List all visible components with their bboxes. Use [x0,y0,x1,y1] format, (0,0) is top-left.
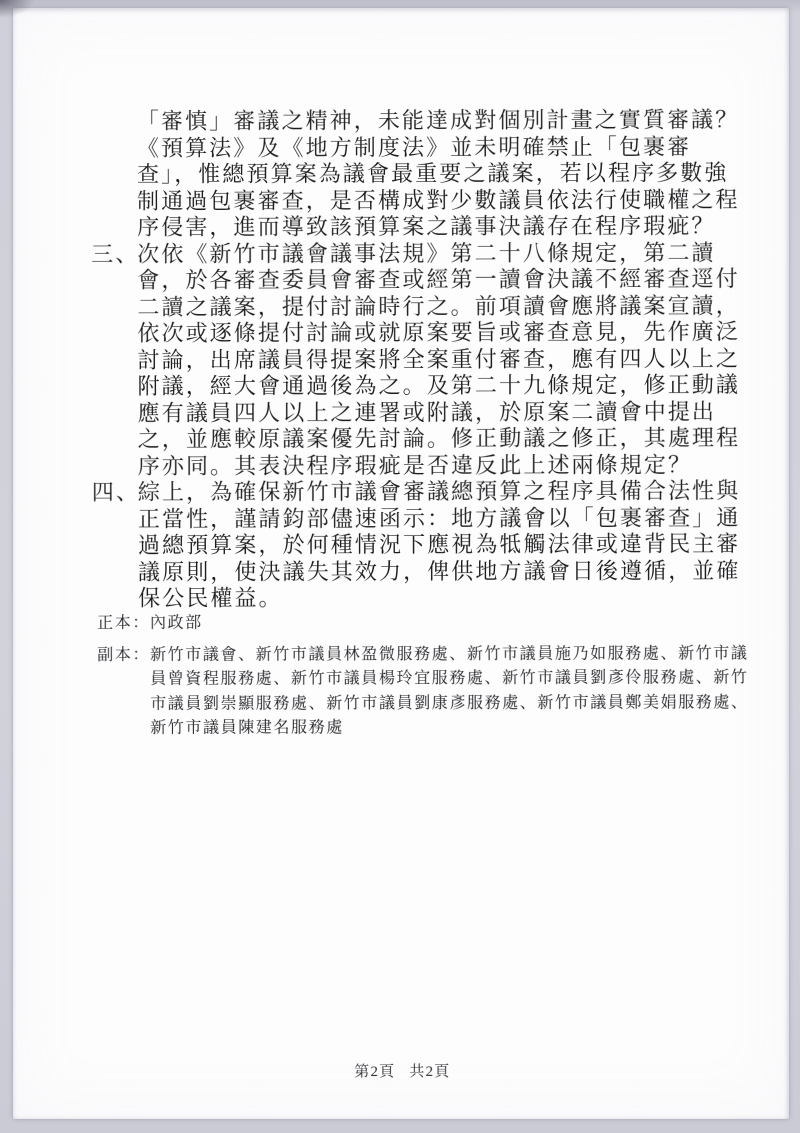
photo-corner-shadow [0,0,34,18]
body-line: 「審慎」審議之精神，未能達成對個別計畫之實質審議？ [137,107,740,135]
copy-line: 新竹市議會、新竹市議員林盈微服務處、新竹市議員施乃如服務處、新竹市議 [150,642,748,668]
body-line: 正當性，謹請鈞部儘速函示：地方議會以「包裹審查」通 [138,505,741,533]
original-recipient-row: 正本： 內政部 [97,610,748,636]
original-recipient-value: 內政部 [150,612,203,637]
body-line: 《預算法》及《地方制度法》並未明確禁止「包裹審 [137,134,740,162]
body-line: 過總預算案，於何種情況下應視為牴觸法律或違背民主審 [138,531,741,559]
body-line: 序侵害，進而導致該預算案之議事決議存在程序瑕疵？ [137,213,740,241]
page-footer: 第2頁共2頁 [14,1059,790,1082]
body-line: 制通過包裹審查，是否構成對少數議員依法行使職權之程 [137,187,740,215]
document-paper: 「審慎」審議之精神，未能達成對個別計畫之實質審議？ 《預算法》及《地方制度法》並… [13,8,789,1119]
copy-line: 新竹市議員陳建名服務處 [150,715,748,741]
body-line: 依次或逐條提付討論或就原案要旨或審查意見，先作廣泛 [137,319,740,347]
item-4-number: 四、 [92,480,140,507]
body-line: 議原則，使決議失其效力，俾供地方議會日後遵循，並確 [138,558,741,586]
page-total: 共2頁 [409,1064,450,1080]
distribution-block: 正本： 內政部 副本： 新竹市議會、新竹市議員林盈微服務處、新竹市議員施乃如服務… [97,610,749,741]
body-line: 應有議員四人以上之連署或附議，於原案二讀會中提出 [138,399,741,427]
copy-recipient-row: 副本： 新竹市議會、新竹市議員林盈微服務處、新竹市議員施乃如服務處、新竹市議 員… [97,642,748,742]
page-number: 第2頁 [354,1064,395,1080]
body-line: 會，於各審查委員會審查或經第一讀會決議不經審查逕付 [137,266,740,294]
item-3-text: 次依《新竹市議會議事法規》第二十八條規定，第二讀 [137,240,715,267]
body-line: 二讀之議案，提付討論時行之。前項讀會應將議案宣讀， [137,293,740,321]
copy-recipient-label: 副本： [97,643,150,668]
body-line: 保公民權益。 [138,584,741,612]
scanned-photo-backdrop: 「審慎」審議之精神，未能達成對個別計畫之實質審議？ 《預算法》及《地方制度法》並… [0,0,800,1133]
item-4-text: 綜上，為確保新竹市議會審議總預算之程序具備合法性與 [138,478,741,505]
item-3-number: 三、 [91,241,139,268]
body-line: 查」，惟總預算案為議會最重要之議案，若以程序多數強 [137,160,740,188]
copy-recipient-lines: 新竹市議會、新竹市議員林盈微服務處、新竹市議員施乃如服務處、新竹市議 員曾資程服… [150,642,749,742]
body-line-item-4-start: 四、 綜上，為確保新竹市議會審議總預算之程序具備合法性與 [138,478,741,506]
body-line: 附議，經大會通過後為之。及第二十九條規定，修正動議 [138,372,741,400]
body-line: 討論，出席議員得提案將全案重付審查，應有四人以上之 [137,346,740,374]
copy-line: 員曾資程服務處、新竹市議員楊玲宜服務處、新竹市議員劉彥伶服務處、新竹 [150,666,748,692]
original-recipient-label: 正本： [97,612,150,637]
copy-line: 市議員劉崇顯服務處、新竹市議員劉康彥服務處、新竹市議員鄭美娟服務處、 [150,691,748,717]
document-body: 「審慎」審議之精神，未能達成對個別計畫之實質審議？ 《預算法》及《地方制度法》並… [137,107,741,612]
body-line-item-3-start: 三、 次依《新竹市議會議事法規》第二十八條規定，第二讀 [137,240,740,268]
document-content: 「審慎」審議之精神，未能達成對個別計畫之實質審議？ 《預算法》及《地方制度法》並… [12,7,791,1120]
body-line: 之，並應較原議案優先討論。修正動議之修正，其處理程 [138,425,741,453]
body-line: 序亦同。其表決程序瑕疵是否違反此上述兩條規定？ [138,452,741,480]
